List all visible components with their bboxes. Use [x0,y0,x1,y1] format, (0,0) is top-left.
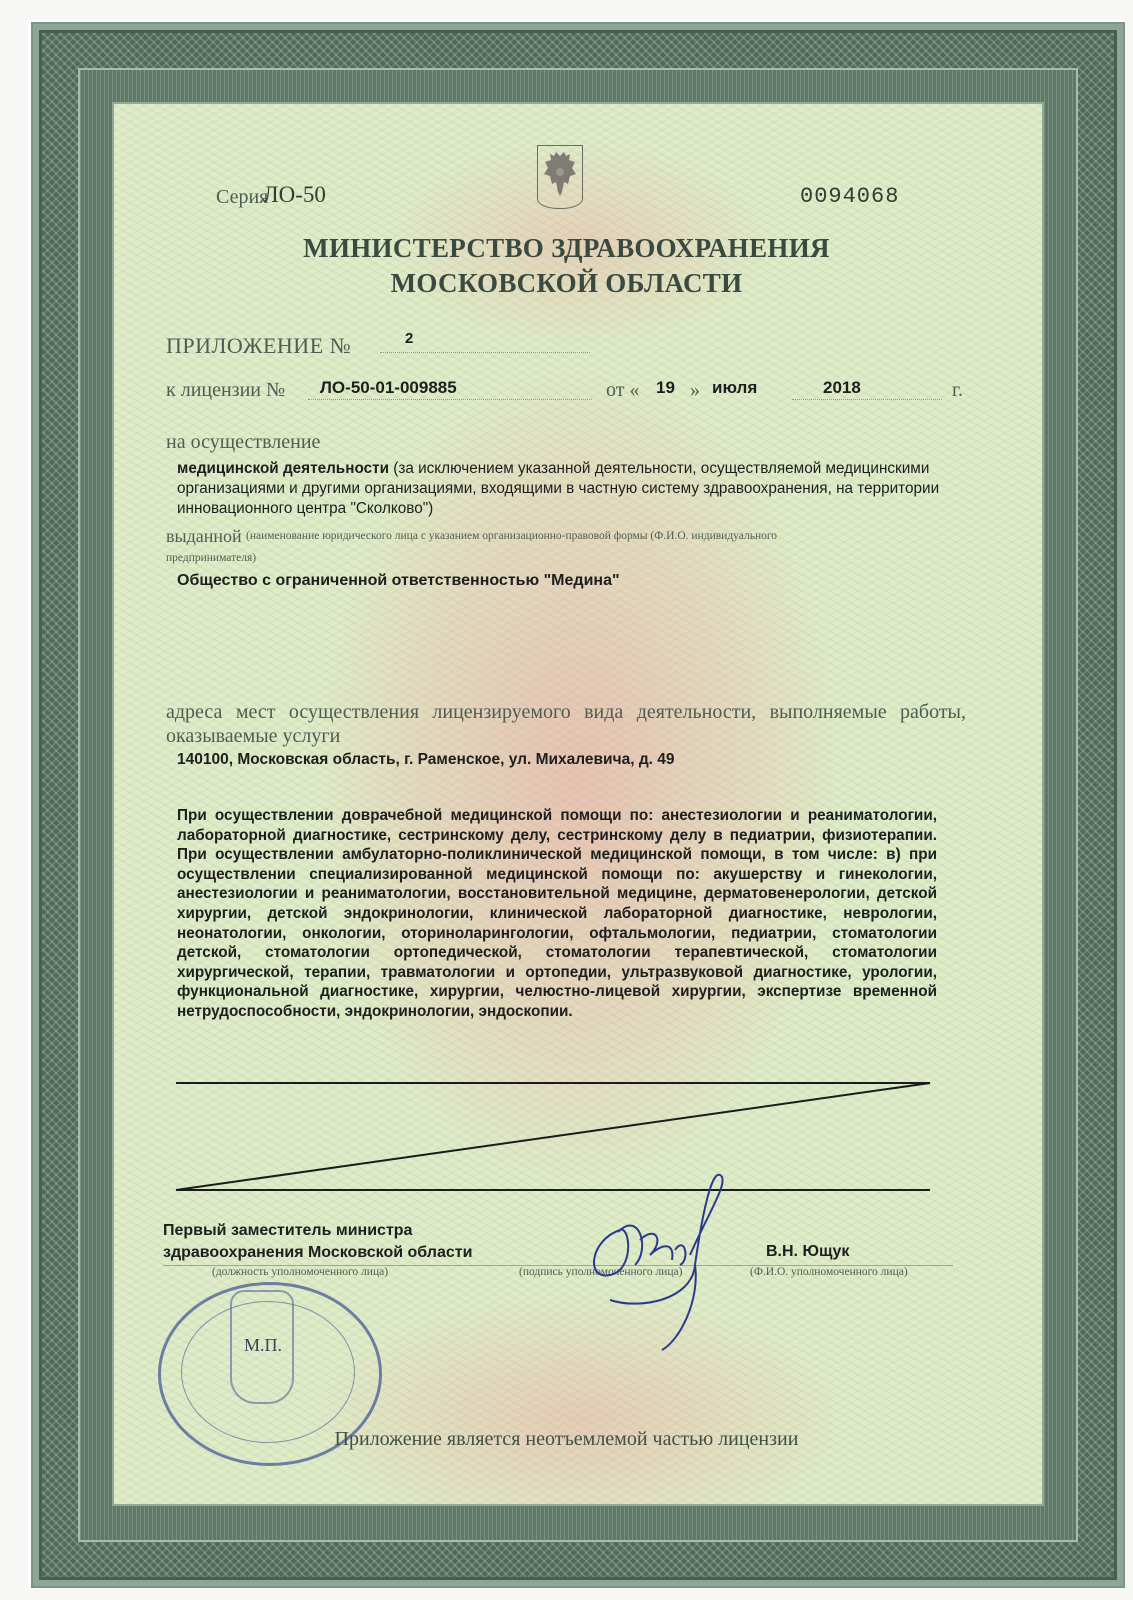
stamp-label: М.П. [244,1335,282,1356]
hint-position: (должность уполномоченного лица) [212,1266,388,1278]
signatory-position-line1: Первый заместитель министра [163,1222,412,1240]
signatory-name: В.Н. Ющук [766,1243,849,1261]
handwritten-signature [580,1170,760,1370]
signatory-position-line2: здравоохранения Московской области [163,1244,472,1262]
footer-note: Приложение является неотъемлемой частью … [0,1428,1133,1451]
hint-name: (Ф.И.О. уполномоченного лица) [750,1266,908,1278]
